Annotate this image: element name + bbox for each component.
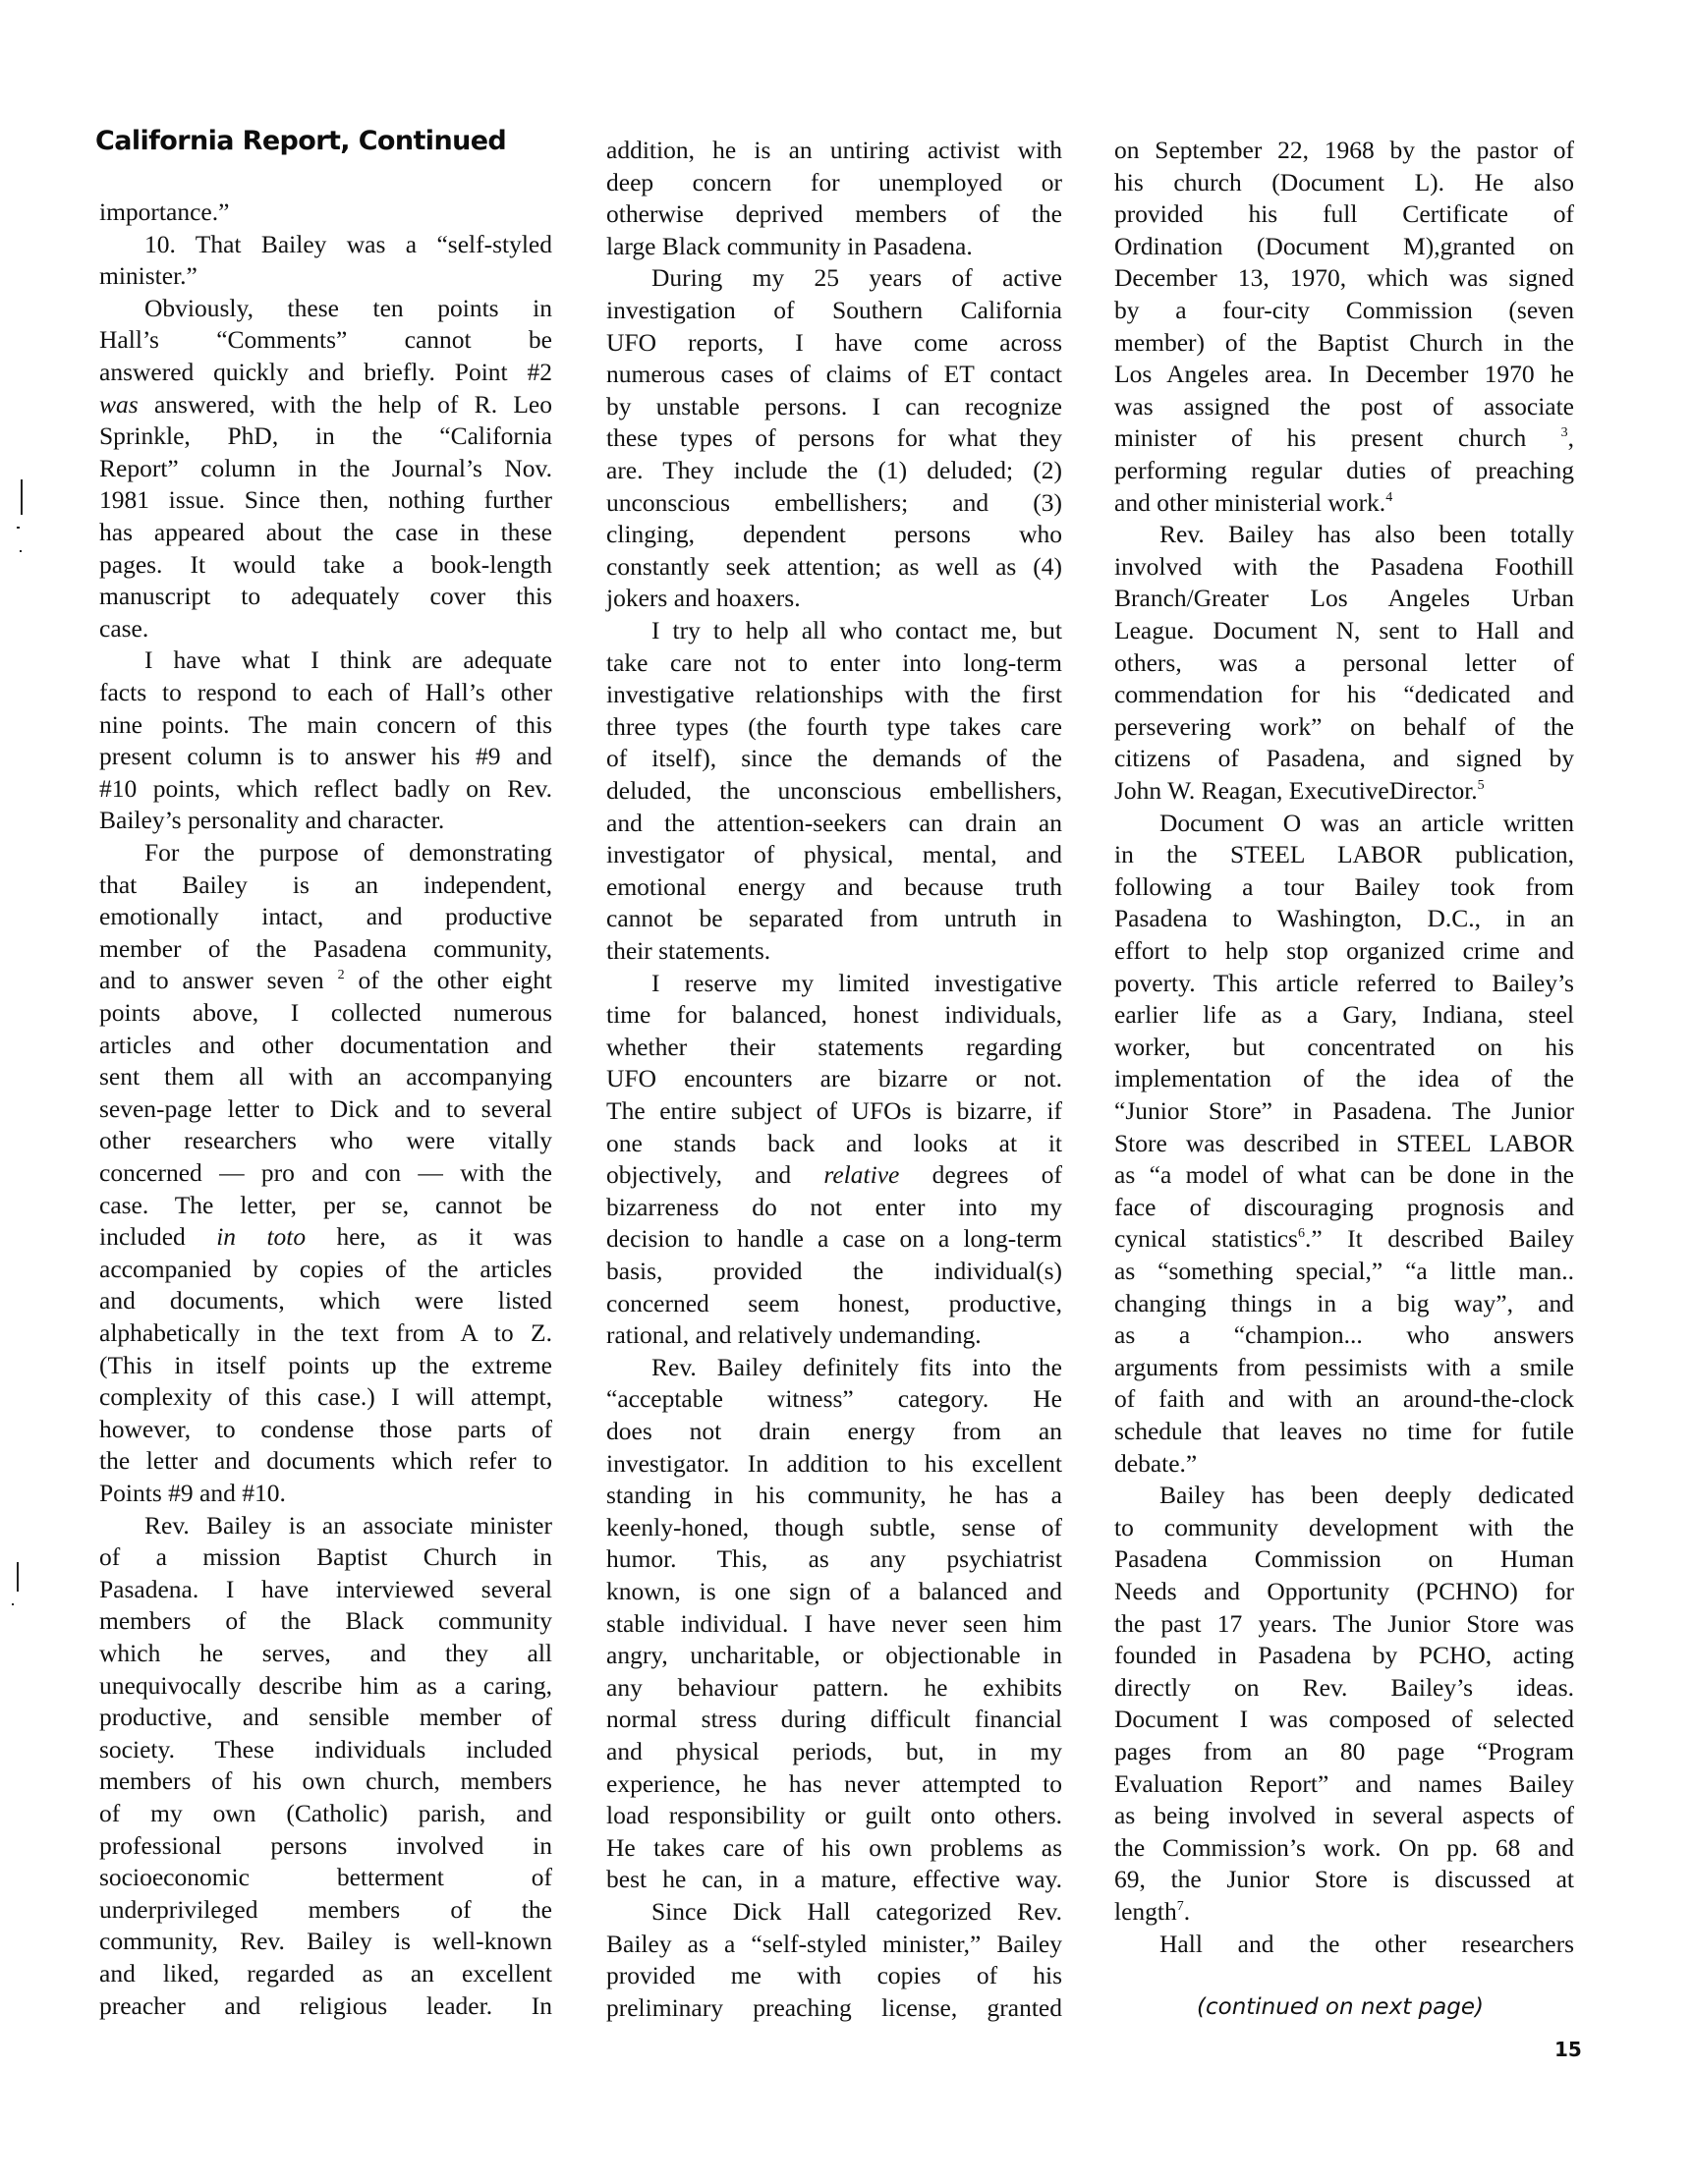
text-line: member) of the Baptist Church in the xyxy=(1114,326,1574,359)
text-line: Evaluation Report” and names Bailey xyxy=(1114,1767,1574,1800)
text-line: For the purpose of demonstrating xyxy=(144,836,552,868)
text-line: known, is one sign of a balanced and xyxy=(606,1575,1062,1607)
text-line: was answered, with the help of R. Leo xyxy=(99,388,552,420)
footnote-ref: 5 xyxy=(1478,778,1485,793)
text-line: implementation of the idea of the xyxy=(1114,1062,1574,1094)
text-line: whether their statements regarding xyxy=(606,1031,1062,1063)
text-line: Hall and the other researchers xyxy=(1159,1928,1574,1960)
text-line: 10. That Bailey was a “self-styled xyxy=(144,228,552,260)
text-line: points above, I collected numerous xyxy=(99,996,552,1029)
text-line: included in toto here, as it was xyxy=(99,1220,552,1253)
text-line: face of discouraging prognosis and xyxy=(1114,1191,1574,1223)
text-line: He takes care of his own problems as xyxy=(606,1831,1062,1864)
text-line: Sprinkle, PhD, in the “California xyxy=(99,420,552,452)
text-line: his church (Document L). He also xyxy=(1114,166,1574,198)
italic-text: in xyxy=(216,1222,236,1251)
text-line: concerned seem honest, productive, xyxy=(606,1287,1062,1319)
text-line: that Bailey is an independent, xyxy=(99,868,552,901)
text-line: members of the Black community xyxy=(99,1604,552,1637)
text-line: cannot be separated from untruth in xyxy=(606,902,1062,934)
text-line: earlier life as a Gary, Indiana, steel xyxy=(1114,998,1574,1031)
text-line: poverty. This article referred to Bailey… xyxy=(1114,967,1574,999)
text-line: Rev. Bailey is an associate minister xyxy=(144,1509,552,1541)
text-line: keenly-honed, though subtle, sense of xyxy=(606,1511,1062,1543)
text-line: importance.” xyxy=(99,196,552,228)
text-line: concerned — pro and con — with the xyxy=(99,1156,552,1189)
text-line: otherwise deprived members of the xyxy=(606,197,1062,230)
text-line: unequivocally describe him as a caring, xyxy=(99,1669,552,1702)
text-line: emotionally intact, and productive xyxy=(99,900,552,932)
text-line: any behaviour pattern. he exhibits xyxy=(606,1671,1062,1704)
text-line: and physical periods, but, in my xyxy=(606,1735,1062,1767)
text-line: performing regular duties of preaching xyxy=(1114,454,1574,486)
text-line: pages from an 80 page “Program xyxy=(1114,1735,1574,1767)
text-line: one stands back and looks at it xyxy=(606,1127,1062,1159)
text-line: minister.” xyxy=(99,259,552,292)
text-line: following a tour Bailey took from xyxy=(1114,870,1574,903)
text-line: Bailey’s personality and character. xyxy=(99,804,552,836)
text-line: changing things in a big way”, and xyxy=(1114,1287,1574,1319)
text-line: stable individual. I have never seen him xyxy=(606,1607,1062,1640)
text-line: of faith and with an around-the-clock xyxy=(1114,1382,1574,1415)
text-line: Bailey has been deeply dedicated xyxy=(1159,1479,1574,1511)
text-line: “acceptable witness” category. He xyxy=(606,1382,1062,1415)
text-line: I reserve my limited investigative xyxy=(651,967,1062,999)
text-line: unconscious embellishers; and (3) xyxy=(606,486,1062,519)
text-line: Los Angeles area. In December 1970 he xyxy=(1114,358,1574,390)
text-line: directly on Rev. Bailey’s ideas. xyxy=(1114,1671,1574,1704)
text-line: which he serves, and they all xyxy=(99,1637,552,1669)
text-line: preliminary preaching license, granted xyxy=(606,1991,1062,2024)
text-line: basis, provided the individual(s) xyxy=(606,1255,1062,1287)
text-line: UFO reports, I have come across xyxy=(606,326,1062,359)
text-line: three types (the fourth type takes care xyxy=(606,710,1062,743)
text-line: take care not to enter into long-term xyxy=(606,646,1062,679)
text-line: minister of his present church 3, xyxy=(1114,421,1574,454)
text-line: preacher and religious leader. In xyxy=(99,1989,552,2022)
text-line: During my 25 years of active xyxy=(651,261,1062,294)
text-line: debate.” xyxy=(1114,1447,1574,1480)
text-line: society. These individuals included xyxy=(99,1733,552,1765)
text-line: pages. It would take a book-length xyxy=(99,548,552,581)
text-line: schedule that leaves no time for futile xyxy=(1114,1415,1574,1447)
text-line: however, to condense those parts of xyxy=(99,1413,552,1445)
text-line: numerous cases of claims of ET contact xyxy=(606,358,1062,390)
text-line: deep concern for unemployed or xyxy=(606,166,1062,198)
text-line: member of the Pasadena community, xyxy=(99,932,552,965)
text-line: large Black community in Pasadena. xyxy=(606,230,1062,262)
text-line: 69, the Junior Store is discussed at xyxy=(1114,1863,1574,1895)
text-line: productive, and sensible member of xyxy=(99,1701,552,1733)
text-line: and documents, which were listed xyxy=(99,1284,552,1316)
text-line: humor. This, as any psychiatrist xyxy=(606,1542,1062,1575)
text-line: their statements. xyxy=(606,934,1062,967)
text-line: Rev. Bailey has also been totally xyxy=(1159,518,1574,550)
text-line: cynical statistics6.” It described Baile… xyxy=(1114,1222,1574,1255)
text-line: and liked, regarded as an excellent xyxy=(99,1957,552,1989)
text-line: bizarreness do not enter into my xyxy=(606,1191,1062,1223)
text-line: seven-page letter to Dick and to several xyxy=(99,1092,552,1125)
scan-artifact-mark xyxy=(12,1603,14,1605)
text-line: Bailey as a “self-styled minister,” Bail… xyxy=(606,1928,1062,1960)
footnote-ref: 7 xyxy=(1177,1899,1184,1914)
text-line: investigative relationships with the fir… xyxy=(606,678,1062,710)
text-line: Document O was an article written xyxy=(1159,807,1574,839)
text-line: Obviously, these ten points in xyxy=(144,292,552,324)
text-line: Pasadena to Washington, D.C., in an xyxy=(1114,902,1574,934)
text-line: manuscript to adequately cover this xyxy=(99,580,552,612)
text-line: the letter and documents which refer to xyxy=(99,1444,552,1477)
text-line: case. xyxy=(99,612,552,644)
italic-text: toto xyxy=(266,1222,306,1251)
text-line: has appeared about the case in these xyxy=(99,516,552,548)
text-line: December 13, 1970, which was signed xyxy=(1114,261,1574,294)
scan-artifact-mark xyxy=(17,1562,19,1592)
text-line: involved with the Pasadena Foothill xyxy=(1114,550,1574,583)
text-line: socioeconomic betterment of xyxy=(99,1861,552,1893)
text-line: investigation of Southern California xyxy=(606,294,1062,326)
text-line: #10 points, which reflect badly on Rev. xyxy=(99,772,552,805)
text-line: Store was described in STEEL LABOR xyxy=(1114,1127,1574,1159)
text-line: to community development with the xyxy=(1114,1511,1574,1543)
scan-artifact-mark xyxy=(17,527,20,529)
text-line: of a mission Baptist Church in xyxy=(99,1540,552,1573)
text-line: Report” column in the Journal’s Nov. xyxy=(99,452,552,484)
text-line: complexity of this case.) I will attempt… xyxy=(99,1380,552,1413)
text-line: normal stress during difficult financial xyxy=(606,1703,1062,1735)
text-line: alphabetically in the text from A to Z. xyxy=(99,1316,552,1349)
text-line: investigator of physical, mental, and xyxy=(606,838,1062,870)
text-line: these types of persons for what they xyxy=(606,421,1062,454)
footnote-ref: 2 xyxy=(338,968,345,982)
footnote-ref: 4 xyxy=(1385,490,1392,505)
text-line: case. The letter, per se, cannot be xyxy=(99,1189,552,1221)
text-line: Pasadena. I have interviewed several xyxy=(99,1573,552,1605)
text-line: The entire subject of UFOs is bizarre, i… xyxy=(606,1094,1062,1127)
text-line: addition, he is an untiring activist wit… xyxy=(606,134,1062,166)
text-line: was assigned the post of associate xyxy=(1114,390,1574,422)
text-line: the Commission’s work. On pp. 68 and xyxy=(1114,1831,1574,1864)
magazine-page: California Report, Continued importance.… xyxy=(0,0,1693,2184)
text-line: facts to respond to each of Hall’s other xyxy=(99,676,552,708)
text-line: persevering work” on behalf of the xyxy=(1114,710,1574,743)
text-line: 1981 issue. Since then, nothing further xyxy=(99,483,552,516)
text-line: underprivileged members of the xyxy=(99,1893,552,1926)
text-line: Points #9 and #10. xyxy=(99,1477,552,1509)
footnote-ref: 3 xyxy=(1561,425,1568,440)
text-line: UFO encounters are bizarre or not. xyxy=(606,1062,1062,1094)
text-line: Pasadena Commission on Human xyxy=(1114,1542,1574,1575)
text-line: Hall’s “Comments” cannot be xyxy=(99,323,552,356)
text-line: Since Dick Hall categorized Rev. xyxy=(651,1895,1062,1928)
text-line: and to answer seven 2 of the other eight xyxy=(99,964,552,996)
text-line: clinging, dependent persons who xyxy=(606,518,1062,550)
text-line: John W. Reagan, ExecutiveDirector.5 xyxy=(1114,774,1574,807)
text-line: best he can, in a mature, effective way. xyxy=(606,1863,1062,1895)
text-line: worker, but concentrated on his xyxy=(1114,1031,1574,1063)
text-line: of my own (Catholic) parish, and xyxy=(99,1797,552,1829)
text-line: investigator. In addition to his excelle… xyxy=(606,1447,1062,1480)
text-line: by unstable persons. I can recognize xyxy=(606,390,1062,422)
text-line: present column is to answer his #9 and xyxy=(99,740,552,772)
text-line: in the STEEL LABOR publication, xyxy=(1114,838,1574,870)
text-line: League. Document N, sent to Hall and xyxy=(1114,614,1574,646)
footnote-ref: 6 xyxy=(1298,1226,1305,1241)
page-number: 15 xyxy=(1554,2038,1582,2061)
text-line: others, was a personal letter of xyxy=(1114,646,1574,679)
text-line: by a four-city Commission (seven xyxy=(1114,294,1574,326)
text-line: answered quickly and briefly. Point #2 xyxy=(99,356,552,388)
text-line: (This in itself points up the extreme xyxy=(99,1349,552,1381)
text-line: sent them all with an accompanying xyxy=(99,1060,552,1092)
text-line: accompanied by copies of the articles xyxy=(99,1253,552,1285)
text-line: professional persons involved in xyxy=(99,1829,552,1862)
text-line: constantly seek attention; as well as (4… xyxy=(606,550,1062,583)
text-line: rational, and relatively undemanding. xyxy=(606,1318,1062,1351)
text-line: Branch/Greater Los Angeles Urban xyxy=(1114,582,1574,614)
text-line: length7. xyxy=(1114,1895,1574,1928)
scan-artifact-mark xyxy=(21,479,23,515)
text-line: citizens of Pasadena, and signed by xyxy=(1114,742,1574,774)
text-line: as being involved in several aspects of xyxy=(1114,1799,1574,1831)
text-line: are. They include the (1) deluded; (2) xyxy=(606,454,1062,486)
text-line: Rev. Bailey definitely fits into the xyxy=(651,1351,1062,1383)
text-line: emotional energy and because truth xyxy=(606,870,1062,903)
continued-notice: (continued on next page) xyxy=(1197,1994,1484,2020)
text-line: arguments from pessimists with a smile xyxy=(1114,1351,1574,1383)
text-line: I try to help all who contact me, but xyxy=(651,614,1062,646)
text-line: as “a model of what can be done in the xyxy=(1114,1158,1574,1191)
text-line: other researchers who were vitally xyxy=(99,1124,552,1156)
text-line: provided his full Certificate of xyxy=(1114,197,1574,230)
page-title: California Report, Continued xyxy=(95,126,506,156)
text-line: I have what I think are adequate xyxy=(144,644,552,676)
text-line: and the attention-seekers can drain an xyxy=(606,807,1062,839)
italic-text: was xyxy=(99,390,139,419)
text-line: decision to handle a case on a long-term xyxy=(606,1222,1062,1255)
text-line: standing in his community, he has a xyxy=(606,1479,1062,1511)
text-line: as a “champion... who answers xyxy=(1114,1318,1574,1351)
text-line: experience, he has never attempted to xyxy=(606,1767,1062,1800)
text-line: effort to help stop organized crime and xyxy=(1114,934,1574,967)
text-line: community, Rev. Bailey is well-known xyxy=(99,1925,552,1957)
text-line: on September 22, 1968 by the pastor of xyxy=(1114,134,1574,166)
text-line: jokers and hoaxers. xyxy=(606,582,1062,614)
text-line: Ordination (Document M),granted on xyxy=(1114,230,1574,262)
text-line: commendation for his “dedicated and xyxy=(1114,678,1574,710)
text-line: Document I was composed of selected xyxy=(1114,1703,1574,1735)
text-line: as “something special,” “a little man.. xyxy=(1114,1255,1574,1287)
text-line: founded in Pasadena by PCHO, acting xyxy=(1114,1639,1574,1671)
text-line: articles and other documentation and xyxy=(99,1029,552,1061)
text-line: provided me with copies of his xyxy=(606,1959,1062,1991)
text-line: members of his own church, members xyxy=(99,1764,552,1797)
text-line: deluded, the unconscious embellishers, xyxy=(606,774,1062,807)
text-line: angry, uncharitable, or objectionable in xyxy=(606,1639,1062,1671)
italic-text: relative xyxy=(823,1160,899,1189)
text-line: “Junior Store” in Pasadena. The Junior xyxy=(1114,1094,1574,1127)
text-line: nine points. The main concern of this xyxy=(99,708,552,741)
text-line: of itself), since the demands of the xyxy=(606,742,1062,774)
text-line: does not drain energy from an xyxy=(606,1415,1062,1447)
text-line: load responsibility or guilt onto others… xyxy=(606,1799,1062,1831)
scan-artifact-mark xyxy=(20,550,22,552)
text-line: and other ministerial work.4 xyxy=(1114,486,1574,519)
text-line: Needs and Opportunity (PCHNO) for xyxy=(1114,1575,1574,1607)
text-line: time for balanced, honest individuals, xyxy=(606,998,1062,1031)
text-line: the past 17 years. The Junior Store was xyxy=(1114,1607,1574,1640)
text-line: objectively, and relative degrees of xyxy=(606,1158,1062,1191)
